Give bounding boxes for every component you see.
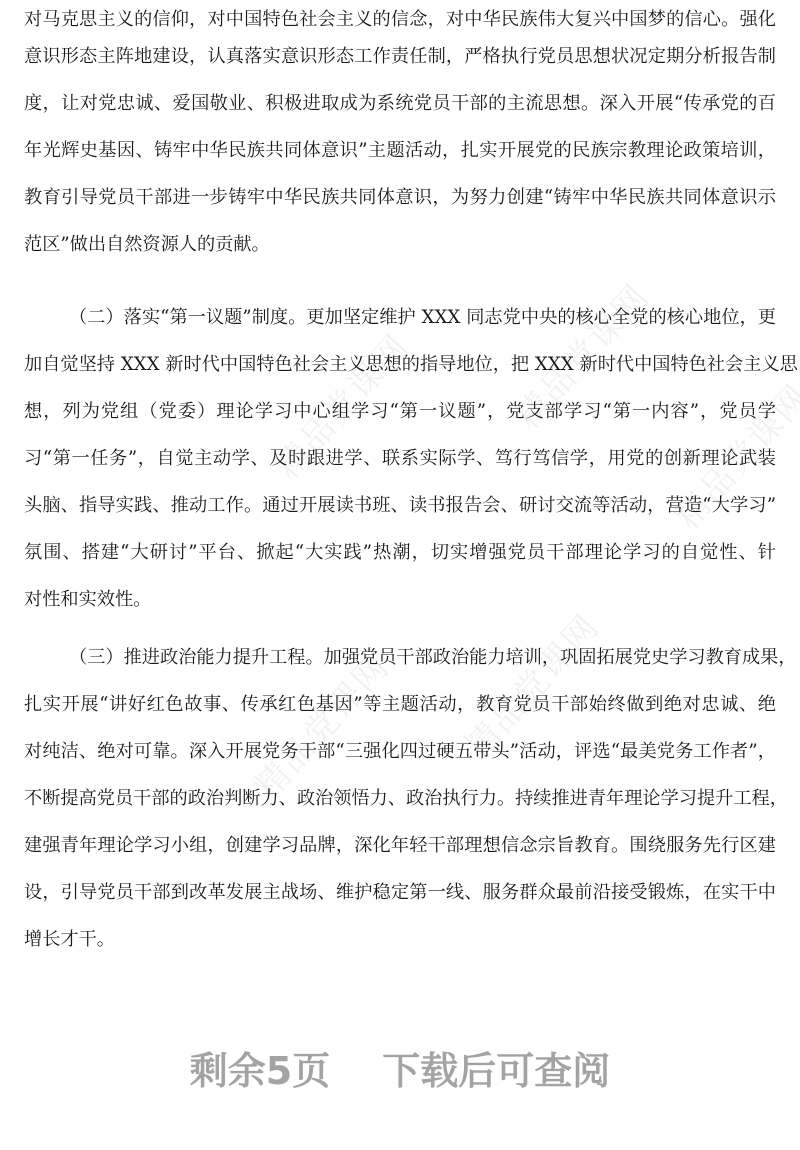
text-line: 不断提高党员干部的政治判断力、政治领悟力、政治执行力。持续推进青年理论学习提升工… xyxy=(24,781,776,817)
text-line: 扎实开展“讲好红色故事、传承红色基因”等主题活动，教育党员干部始终做到绝对忠诚、… xyxy=(24,687,776,723)
download-to-view-label[interactable]: 下载后可查阅 xyxy=(382,1049,610,1093)
text-line: 加自觉坚持 XXX 新时代中国特色社会主义思想的指导地位，把 XXX 新时代中国… xyxy=(24,347,776,383)
text-line: 对马克思主义的信仰，对中国特色社会主义的信念，对中华民族伟大复兴中国梦的信心。强… xyxy=(24,2,776,38)
text-line: 意识形态主阵地建设，认真落实意识形态工作责任制，严格执行党员思想状况定期分析报告… xyxy=(24,39,776,75)
text-line: 头脑、指导实践、推动工作。通过开展读书班、读书报告会、研讨交流等活动，营造“大学… xyxy=(24,488,776,524)
paragraph-heading-line: （二）落实“第一议题”制度。更加坚定维护 XXX 同志党中央的核心全党的核心地位… xyxy=(69,300,776,336)
text-line: 想，列为党组（党委）理论学习中心组学习“第一议题”，党支部学习“第一内容”，党员… xyxy=(24,394,776,430)
remaining-pages-banner[interactable]: 剩余5页下载后可查阅 xyxy=(0,1043,800,1099)
text-line: 习“第一任务”，自觉主动学、及时跟进学、联系实际学、笃行笃信学，用党的创新理论武… xyxy=(24,441,776,477)
text-line: 度，让对党忠诚、爱国敬业、积极进取成为系统党员干部的主流思想。深入开展“传承党的… xyxy=(24,86,776,122)
text-line: 氛围、搭建“大研讨”平台、掀起“大实践”热潮，切实增强党员干部理论学习的自觉性、… xyxy=(24,535,776,571)
text-line: 建强青年理论学习小组，创建学习品牌，深化年轻干部理想信念宗旨教育。围绕服务先行区… xyxy=(24,828,776,864)
remaining-pages-label: 剩余5页 xyxy=(190,1049,330,1093)
text-line: 教育引导党员干部进一步铸牢中华民族共同体意识，为努力创建“铸牢中华民族共同体意识… xyxy=(24,180,776,216)
text-line: 范区”做出自然资源人的贡献。 xyxy=(24,227,776,263)
text-line: 年光辉史基因、铸牢中华民族共同体意识”主题活动，扎实开展党的民族宗教理论政策培训… xyxy=(24,133,776,169)
text-line: 对性和实效性。 xyxy=(24,582,776,618)
text-line: 对纯洁、绝对可靠。深入开展党务干部“三强化四过硬五带头”活动，评选“最美党务工作… xyxy=(24,734,776,770)
paragraph-heading-line: （三）推进政治能力提升工程。加强党员干部政治能力培训，巩固拓展党史学习教育成果， xyxy=(69,640,776,676)
text-line: 设，引导党员干部到改革发展主战场、维护稳定第一线、服务群众最前沿接受锻炼，在实干… xyxy=(24,875,776,911)
text-line: 增长才干。 xyxy=(24,922,776,958)
